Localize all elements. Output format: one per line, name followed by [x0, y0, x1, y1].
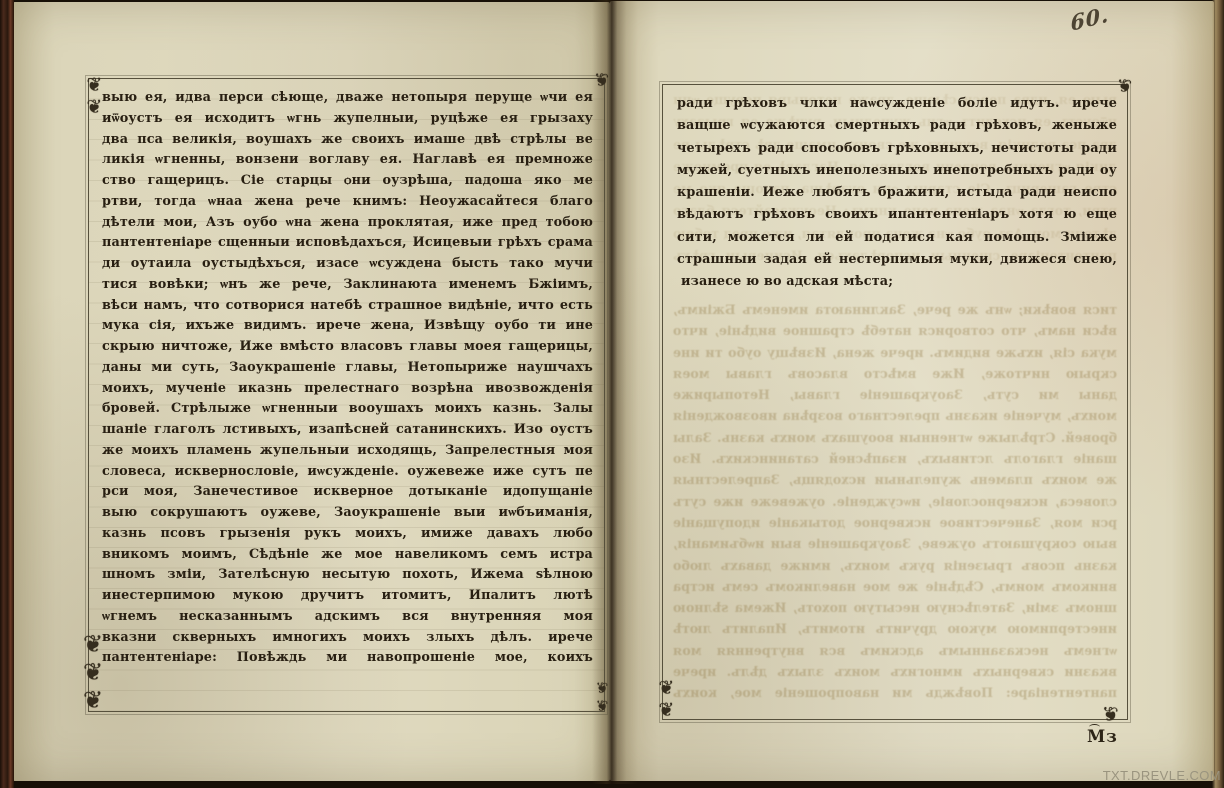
manuscript-line: шномъ зміи, Зателѣсную несытую похоть, И… — [102, 565, 593, 586]
manuscript-line: два пса великія, воушахъ же своихъ имаше… — [102, 130, 593, 151]
manuscript-line: крашеніи. Иеже любятъ бражити, истыда ра… — [677, 182, 1117, 204]
manuscript-line: словеса, исквернословіе, иѡсужденіе. оуж… — [102, 462, 593, 483]
manuscript-line: же моихъ пламень жупельныи исходящь, Зап… — [102, 441, 593, 462]
manuscript-line: инестерпимою мукою дручитъ итомитъ, Ипал… — [102, 586, 593, 607]
right-page-textblock: ради грѣховъ члки наѡсужденіе боліе идут… — [663, 85, 1127, 719]
page-fore-edge — [1212, 0, 1224, 788]
manuscript-line: шаніе глаголъ лстивыхъ, изапѣсней сатани… — [102, 420, 593, 441]
manuscript-line: сити, можется ли ей податися кая помощь.… — [677, 227, 1117, 249]
right-page-frame: ❦ ❦❦ ❦ выю ея, идва перси сѣюще, дваже н… — [662, 84, 1128, 720]
manuscript-line: пантентеніаре: Повѣждь ми навопрошеніе м… — [102, 648, 593, 669]
manuscript-line: выю сокрушаютъ оужеве, Заоукрашеніе выи … — [102, 503, 593, 524]
manuscript-line: иѿоустъ ея исходитъ ѡгнь жупелныи, руцѣж… — [102, 109, 593, 130]
manuscript-line: страшныи задая ей нестерпимыя муки, движ… — [677, 249, 1117, 271]
manuscript-line: скрыю ничтоже, Иже вмѣсто власовъ главы … — [102, 337, 593, 358]
manuscript-line: ради грѣховъ члки наѡсужденіе боліе идут… — [677, 93, 1117, 115]
watermark-text: TXT.DREVLE.COM — [1103, 768, 1221, 783]
manuscript-line: четырехъ ради способовъ грѣховныхъ, нечи… — [677, 138, 1117, 160]
manuscript-line: ликія ѡгненны, вонзени воглаву ея. Нагла… — [102, 150, 593, 171]
manuscript-line: вникомъ моимъ, Сѣдѣніе же мое навеликомъ… — [102, 545, 593, 566]
left-page-frame: ❦❦ ❦ ❦❦❦ ❦❦ выю ея, идва перси сѣюще, дв… — [88, 78, 605, 712]
book-scan-photo: ❦❦ ❦ ❦❦❦ ❦❦ выю ея, идва перси сѣюще, дв… — [0, 0, 1224, 788]
manuscript-line: казнь псовъ грызенія рукъ моихъ, имиже д… — [102, 524, 593, 545]
manuscript-line: пантентеніаре сщенныи исповѣдахъся, Исиц… — [102, 233, 593, 254]
manuscript-line: тися вовѣки; ѡнъ же рече, Заклинаюта име… — [102, 275, 593, 296]
manuscript-line: мука сія, ихъже видимъ. ирече жена, Извѣ… — [102, 316, 593, 337]
manuscript-line: выю ея, идва перси сѣюще, дваже нетопыря… — [102, 88, 593, 109]
manuscript-line: даны ми суть, Заоукрашеніе главы, Нетопы… — [102, 358, 593, 379]
quire-signature: Мз — [1087, 727, 1118, 746]
manuscript-line: дѣтели мои, Азъ оубо ѡна жена проклятая,… — [102, 213, 593, 234]
manuscript-line: бровей. Стрѣлыже ѡгненныи вооушахъ моихъ… — [102, 399, 593, 420]
book-binding-edge — [0, 0, 14, 788]
manuscript-line: ство гащерицъ. Сіе старцы ѻни оузрѣша, п… — [102, 171, 593, 192]
manuscript-line: моихъ, мученіе иказнь прелестнаго возрѣн… — [102, 379, 593, 400]
manuscript-line: изанесе ю во адская мѣста; — [677, 271, 1117, 293]
manuscript-line: рси моя, Занечестивое искверное дотыкані… — [102, 482, 593, 503]
manuscript-line: ди оутаила оустыдѣхъся, изасе ѡсуждена б… — [102, 254, 593, 275]
manuscript-line: ѡгнемъ несказаннымъ адскимъ вся внутренн… — [102, 607, 593, 628]
manuscript-line: ртви, тогда ѡнаа жена рече книмъ: Неоужа… — [102, 192, 593, 213]
manuscript-line: вѣдаютъ грѣховъ своихъ ипантентеніаръ хо… — [677, 204, 1117, 226]
manuscript-line: мужей, суетныхъ инеполезныхъ инепотребны… — [677, 160, 1117, 182]
left-page-textblock: выю ея, идва перси сѣюще, дваже нетопыря… — [89, 79, 604, 711]
manuscript-line: вѣси намъ, что сотворися натебѣ страшное… — [102, 296, 593, 317]
manuscript-line: ващше ѡсужаются смертныхъ ради грѣховъ, … — [677, 115, 1117, 137]
manuscript-line: вказни скверныхъ имногихъ моихъ злыхъ дѣ… — [102, 628, 593, 649]
